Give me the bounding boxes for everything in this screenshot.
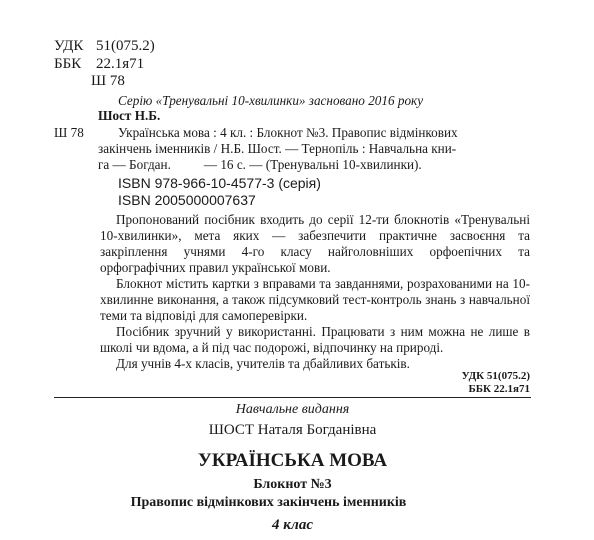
- grade: 4 клас: [54, 516, 531, 534]
- udk-label: УДК: [54, 38, 83, 55]
- series-note: Серію «Тренувальні 10-хвилинки» заснован…: [118, 93, 423, 109]
- author-mark: Ш 78: [91, 73, 125, 90]
- footer-bbk: ББК 22.1я71: [469, 383, 530, 396]
- notebook-number: Блокнот №3: [54, 476, 531, 493]
- bbk-value: 22.1я71: [96, 56, 144, 73]
- catalog-mark: Ш 78: [54, 125, 84, 141]
- edition-type: Навчальне видання: [54, 401, 531, 418]
- divider-line: [54, 397, 531, 398]
- bbk-label: ББК: [54, 56, 81, 73]
- annotation: Пропонований посібник входить до серії 1…: [100, 212, 530, 372]
- annotation-paragraph: Блокнот містить картки з вправами та зав…: [100, 276, 530, 324]
- catalog-line-3: га — Богдан. — 16 с. — (Тренувальні 10-х…: [98, 157, 422, 173]
- book-title: УКРАЇНСЬКА МОВА: [54, 450, 531, 472]
- catalog-line-1: Українська мова : 4 кл. : Блокнот №3. Пр…: [118, 125, 458, 141]
- author-full-name: ШОСТ Наталя Богданівна: [54, 421, 531, 439]
- catalog-line-2: закінчень іменників / Н.Б. Шост. — Терно…: [98, 141, 456, 157]
- isbn-series: ISBN 978-966-10-4577-3 (серія): [118, 175, 321, 192]
- author-heading: Шост Н.Б.: [98, 108, 160, 124]
- book-subtitle: Правопис відмінкових закінчень іменників: [30, 494, 507, 511]
- udk-value: 51(075.2): [96, 38, 155, 55]
- footer-udk: УДК 51(075.2): [462, 370, 530, 383]
- annotation-paragraph: Пропонований посібник входить до серії 1…: [100, 212, 530, 276]
- annotation-paragraph: Посібник зручний у використанні. Працюва…: [100, 324, 530, 356]
- isbn-item: ISBN 2005000007637: [118, 192, 256, 209]
